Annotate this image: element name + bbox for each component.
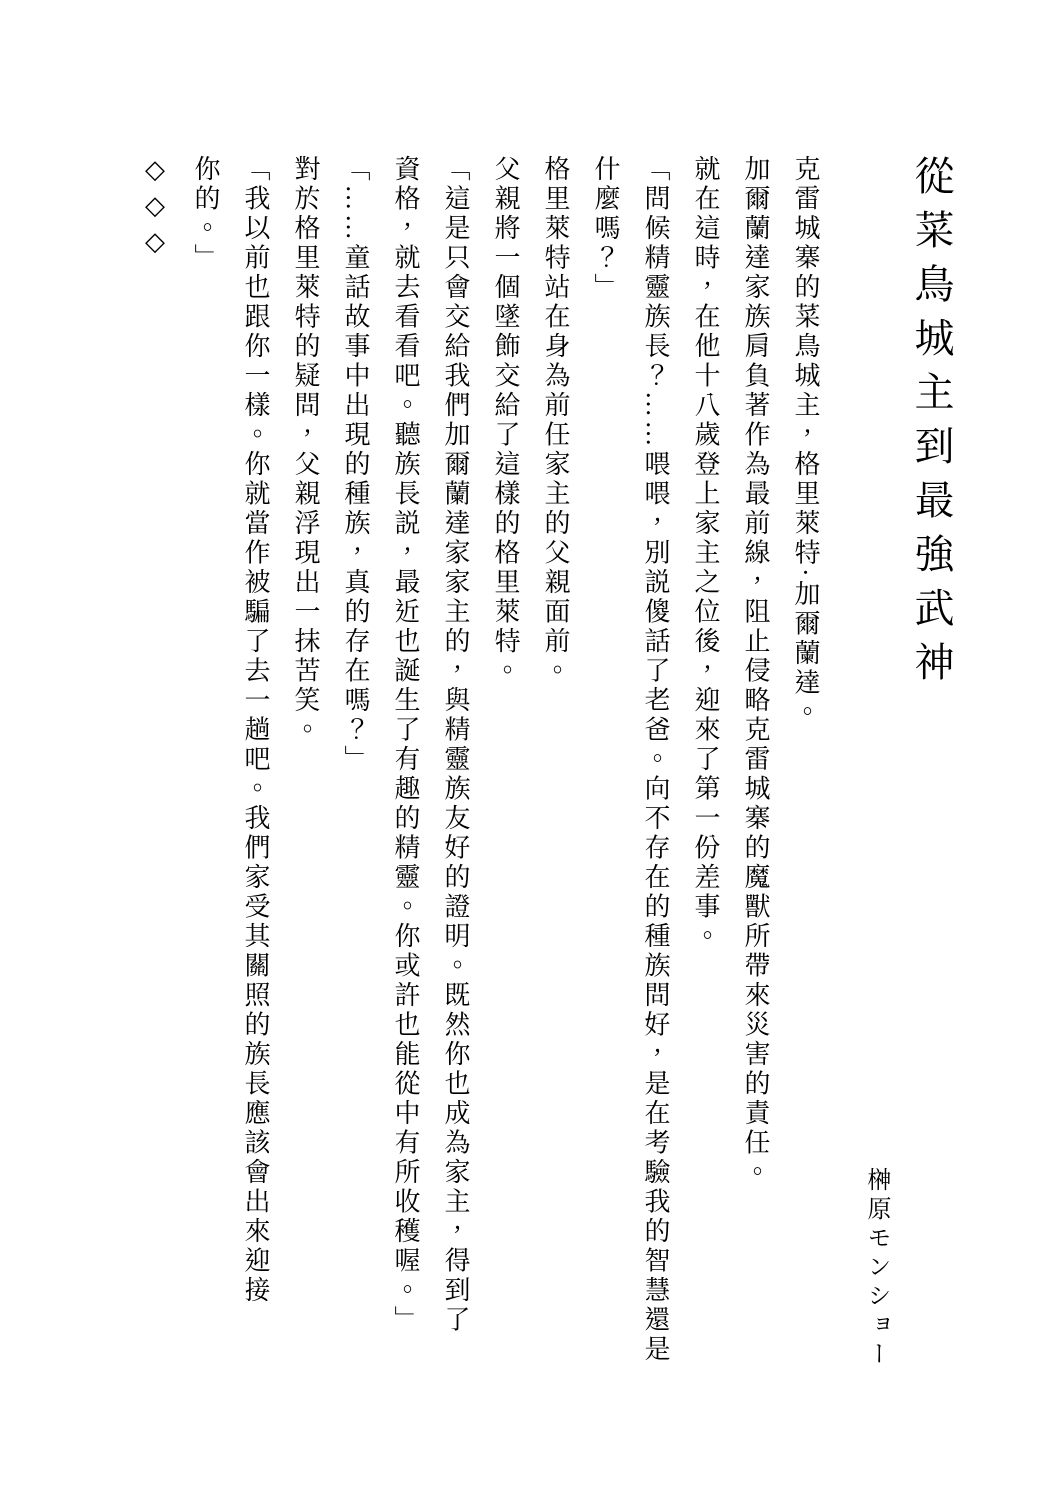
book-title: 從菜鳥城主到最強武神 — [902, 155, 960, 1370]
text-line: 資格，就去看看吧。聽族長説，最近也誕生了有趣的精靈。你或許也能從中有所收穫喔。」 — [380, 155, 430, 1370]
text-line: 格里萊特站在身為前任家主的父親面前。 — [530, 155, 580, 1370]
text-line: 你的。」 — [180, 155, 230, 1370]
text-line: 「我以前也跟你一樣。你就當作被騙了去一趟吧。我們家受其關照的族長應該會出來迎接 — [230, 155, 280, 1370]
text-line: 「……童話故事中出現的種族，真的存在嗎？」 — [330, 155, 380, 1370]
text-line: 就在這時，在他十八歲登上家主之位後，迎來了第一份差事。 — [680, 155, 730, 1370]
text-line: 「問候精靈族長？……喂喂，別説傻話了老爸。向不存在的種族問好，是在考驗我的智慧還… — [630, 155, 680, 1370]
text-line: 「這是只會交給我們加爾蘭達家家主的，與精靈族友好的證明。既然你也成為家主，得到了 — [430, 155, 480, 1370]
book-author: 榊原モンショー — [858, 155, 894, 1370]
text-line: 對於格里萊特的疑問，父親浮現出一抹苦笑。 — [280, 155, 330, 1370]
text-line: 克雷城寨的菜鳥城主，格里萊特·加爾蘭達。 — [780, 155, 830, 1370]
text-line: 父親將一個墜飾交給了這樣的格里萊特。 — [480, 155, 530, 1370]
text-line: 加爾蘭達家族肩負著作為最前線，阻止侵略克雷城寨的魔獸所帶來災害的責任。 — [730, 155, 780, 1370]
novel-page: 從菜鳥城主到最強武神 榊原モンショー 克雷城寨的菜鳥城主，格里萊特·加爾蘭達。加… — [0, 0, 1055, 1500]
scene-separator: ◇◇◇ — [130, 155, 180, 1370]
text-line: 什麼嗎？」 — [580, 155, 630, 1370]
page-content: 從菜鳥城主到最強武神 榊原モンショー 克雷城寨的菜鳥城主，格里萊特·加爾蘭達。加… — [130, 155, 960, 1370]
